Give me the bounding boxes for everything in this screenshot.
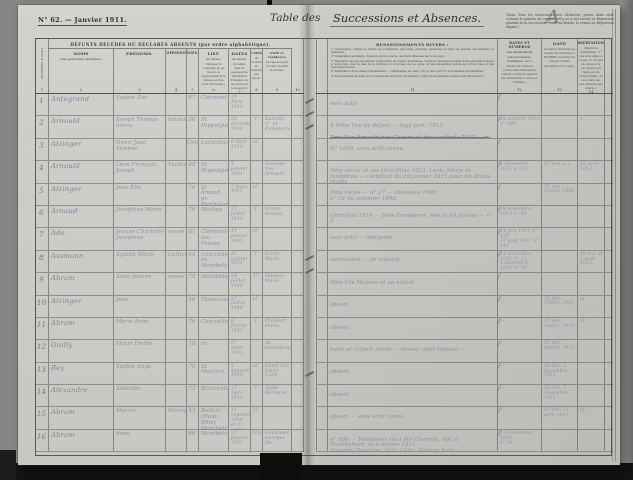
table-row: Dme veuve et ses trois filles 1913, Léon… xyxy=(316,161,613,183)
cell-renvoi: 31 déc. répert. 1912 xyxy=(542,318,578,339)
cell-renseignements: Dme veuve — n° 17 — obsèques 1908 n° 18 … xyxy=(328,184,498,205)
cell-age: 56 xyxy=(187,296,199,317)
renseignements-text: absent xyxy=(330,326,496,332)
header-group: DÉFUNTS DÉCÉDÉS OU DÉCLARÉS ABSENTS (par… xyxy=(49,39,292,93)
cell-prenoms: Joseph Thomas Alexis xyxy=(114,116,166,137)
cell-profession xyxy=(166,94,187,115)
cell-row-number: 3 xyxy=(36,139,49,160)
cell-margin xyxy=(605,94,613,115)
cell-declaration: 24 juin 1911 n° 126 27 août 1911 n° 141 xyxy=(498,228,542,249)
cell-date-deces: 6 8bre 1910 xyxy=(229,139,251,160)
column-header-ages: ÂGES. 5 xyxy=(187,49,199,93)
cell-lieu-deces: Lutterbach xyxy=(199,139,229,160)
cell-date-deces: 7 mars 1911 xyxy=(229,184,251,205)
cell-nom: Abram xyxy=(49,430,114,451)
cell-declaration: — xyxy=(498,340,542,361)
cell-age: 73 xyxy=(187,385,199,406)
cell-row-number: 2 xyxy=(36,116,49,137)
cell-profession xyxy=(166,340,187,361)
cell-declaration: 11 novembre 1911 n° 13 5 décembre 1913 n… xyxy=(498,251,542,272)
table-row: absent — 31 déc. répert. 1912 id. xyxy=(316,318,613,340)
cell-fold-spacer xyxy=(316,363,328,384)
table-body-right: sans actif À Mme Vve du défunt — legs pa… xyxy=(316,94,613,452)
cell-age: 56 xyxy=(187,116,199,137)
cell-row-number: 7 xyxy=(36,228,49,249)
cell-nom: Abram xyxy=(49,273,114,294)
cell-repertoire xyxy=(292,94,304,115)
cell-agent xyxy=(263,94,292,115)
renseignements-text: absent xyxy=(330,370,496,376)
cell-age: 81 xyxy=(187,228,199,249)
column-header-lieu: LIEU du décès. (Indiquer la commune et, … xyxy=(199,49,229,93)
cell-date-deces: 27 janvier 1911 xyxy=(229,430,251,451)
cell-renseignements: succession — ab intestat xyxy=(328,251,498,272)
table-row: 8 Assmann Agathe Marie Cultivatrice 64 C… xyxy=(36,251,304,273)
cell-observations xyxy=(578,94,605,115)
cell-lieu-deces: Montbéliard xyxy=(199,273,229,294)
cell-lieu-deces: Mathay xyxy=(199,206,229,227)
cell-declaration: — xyxy=(498,318,542,339)
cell-observations xyxy=(578,184,605,205)
table-row: 9 Abram Anna Jeanne veuve 79 Montbéliard… xyxy=(36,273,304,295)
cell-repertoire xyxy=(292,385,304,406)
table-row: 5 Alzinger Jean Élie 70 St Amand pr. Ber… xyxy=(36,184,304,206)
cell-nom: Assmann xyxy=(49,251,114,272)
cell-row-number: 15 xyxy=(36,407,49,428)
cell-lieu-deces: St Maurice xyxy=(199,363,229,384)
renseignements-text: Certificat 1910 — Dme Dompierre, née le … xyxy=(330,214,496,225)
cell-numero-extrait: id. xyxy=(251,139,263,160)
cell-lieu-deces: St Amand pr. Berthelange xyxy=(199,184,229,205)
cell-lieu-deces: Clermont xyxy=(199,94,229,115)
table-row: 6 Arnaud Joséphine Marie 70 Mathay 27 ju… xyxy=(36,206,304,228)
cell-repertoire xyxy=(292,161,304,182)
cell-profession xyxy=(166,139,187,160)
cell-profession: boulanger xyxy=(166,116,187,137)
column-header-repertoire: 10 xyxy=(292,39,304,93)
cell-date-deces: 27 juillet 1910 xyxy=(229,296,251,317)
cell-margin xyxy=(605,206,613,227)
cell-fold-spacer xyxy=(316,139,328,160)
cell-lieu-deces: Blanchefontaine xyxy=(199,385,229,406)
cell-lieu-deces: Courcelles xyxy=(199,318,229,339)
renseignements-text: Dme veuve et ses trois filles 1913, Léon… xyxy=(330,169,496,183)
cell-renvoi: 31 mai répert. 1908 xyxy=(542,184,578,205)
cell-row-number: 5 xyxy=(36,184,49,205)
cell-declaration xyxy=(498,94,542,115)
cell-fold-spacer xyxy=(316,116,328,137)
cell-nom: Alexandre xyxy=(49,385,114,406)
cell-nom: Arnaud xyxy=(49,206,114,227)
cell-numero-extrait: 17 xyxy=(251,273,263,294)
cell-age: 87 xyxy=(187,94,199,115)
cell-prenoms: Marie Émilie xyxy=(114,340,166,361)
cell-lieu-deces: Clermont-les-Fosses xyxy=(199,228,229,249)
cell-renseignements: N° 1850, sans actif connu xyxy=(328,139,498,160)
table-row: sans actif — indigente 24 juin 1911 n° 1… xyxy=(316,228,613,250)
cell-numero-extrait: V. xyxy=(251,251,263,272)
cell-renvoi: 31 déc. répert. 1911 xyxy=(542,296,578,317)
cell-renvoi: 31 déc. 1 décembre 1911 xyxy=(542,363,578,384)
cell-observations: id. xyxy=(578,296,605,317)
cell-row-number: 16 xyxy=(36,430,49,451)
table-row: hoirs et Gilbert Allain — mineur Abel Ma… xyxy=(316,340,613,362)
cell-age: 70 xyxy=(187,363,199,384)
table-row: 7 Ade Jeanne Charlotte Joséphine veuve 8… xyxy=(36,228,304,250)
cell-observations xyxy=(578,273,605,294)
cell-prenoms: Jean xyxy=(114,296,166,317)
cell-agent: Dame Vve Émile Colin xyxy=(263,363,292,384)
table-body-left: 1 Antegrand Sophie Zoé 87 Clermont 29 Xb… xyxy=(36,94,304,452)
cell-observations xyxy=(578,228,605,249)
cell-observations xyxy=(578,385,605,406)
table-row: 1 Antegrand Sophie Zoé 87 Clermont 29 Xb… xyxy=(36,94,304,116)
table-row: 15 Abram Marcel Horloger 43 Belfort (Hau… xyxy=(36,407,304,429)
cell-margin xyxy=(605,318,613,339)
cell-lieu-deces: id. xyxy=(199,340,229,361)
cell-nom: Bey xyxy=(49,363,114,384)
cell-agent xyxy=(263,296,292,317)
table-row: 14 Alexandre Adélaïde 73 Blanchefontaine… xyxy=(36,385,304,407)
column-header-renseignements: RENSEIGNEMENTS DIVERS : 1° Désignation, … xyxy=(328,39,498,93)
column-header-margin xyxy=(605,39,613,93)
cell-margin xyxy=(605,161,613,182)
cell-renseignements: Dme veuve et ses trois filles 1913, Léon… xyxy=(328,161,498,182)
cell-prenoms: Anna Jeanne xyxy=(114,273,166,294)
cell-renvoi xyxy=(542,273,578,294)
renseignements-text: succession — ab intestat xyxy=(330,258,496,264)
cell-observations xyxy=(578,340,605,361)
cell-renvoi xyxy=(542,116,578,137)
cell-profession: Horloger xyxy=(166,407,187,428)
cell-declaration: — xyxy=(498,363,542,384)
cell-nom: Ouilly xyxy=(49,340,114,361)
cell-renseignements: sans actif xyxy=(328,94,498,115)
scanned-register-photo: N° 62. — Janvier 1911. Table des Success… xyxy=(0,0,633,480)
cell-margin xyxy=(605,251,613,272)
renseignements-text: absent xyxy=(330,393,496,399)
cell-numero-extrait xyxy=(251,94,263,115)
renseignements-text: sans actif xyxy=(330,102,496,108)
cell-age: 88 xyxy=(187,430,199,451)
renseignements-text: Dme veuve — n° 17 — obsèques 1908 n° 18 … xyxy=(330,191,496,202)
cell-profession: Vannier xyxy=(166,161,187,182)
cell-renseignements: absent xyxy=(328,296,498,317)
cell-prenoms: Jeanne Charlotte Joséphine xyxy=(114,228,166,249)
table-row: 2 Arnould Joseph Thomas Alexis boulanger… xyxy=(36,116,304,138)
renseignements-struck-text: Dme Vve Arnould née Goguey et deux enfan… xyxy=(330,136,496,138)
cell-agent: Aglaé Bertrand xyxy=(263,385,292,406)
cell-prenoms: Jean Élie xyxy=(114,184,166,205)
cell-lieu-deces: Belfort (Haut-Rhin) Montbéliard (Doubs) xyxy=(199,407,229,428)
cell-lieu-deces: Courcelles pr. Montbéliard xyxy=(199,251,229,272)
cell-observations xyxy=(578,430,605,451)
cell-nom: Ade xyxy=(49,228,114,249)
cell-lieu-deces: St Hippolyte xyxy=(199,161,229,182)
cell-numero-extrait: V. xyxy=(251,206,263,227)
cell-nom: Abram xyxy=(49,407,114,428)
cell-profession: veuve xyxy=(166,228,187,249)
cell-repertoire xyxy=(292,184,304,205)
cell-margin xyxy=(605,228,613,249)
cell-agent: Masson Marie xyxy=(263,273,292,294)
cell-agent xyxy=(263,228,292,249)
cell-date-deces: 27 mars 1911 xyxy=(229,340,251,361)
cell-renseignements: n° 508 — Testament reçu Me Charpiot, not… xyxy=(328,430,498,451)
column-header-observations: OBSERVATIONS. (Mentions éventuelles : 1°… xyxy=(578,39,605,93)
cell-lieu-deces: Thiancourt xyxy=(199,296,229,317)
table-row: 4 Arnould Léon François Joseph Vannier 6… xyxy=(36,161,304,183)
cell-agent: Philibert Marin xyxy=(263,318,292,339)
column-header-declarations: DATES ET NUMÉROS des déclarations (de su… xyxy=(498,39,542,93)
cell-date-deces: 29 Xbre 1910 xyxy=(229,94,251,115)
table-row: absent — 31 déc. répert. 1911 id. xyxy=(316,296,613,318)
printed-corner-note: (Nota. Pour les successions non déclarée… xyxy=(506,13,614,30)
column-label: NUMÉRO xyxy=(40,62,44,79)
cell-renvoi xyxy=(542,251,578,272)
cell-margin xyxy=(605,273,613,294)
cell-agent: Madame Vve Arnould xyxy=(263,161,292,182)
column-header-numero-extrait: NUMÉRO de l'extrait au sommier des décès… xyxy=(251,49,263,93)
cell-profession xyxy=(166,363,187,384)
cell-declaration: — xyxy=(498,407,542,428)
cell-observations xyxy=(578,206,605,227)
cell-margin xyxy=(605,139,613,160)
cell-lieu-deces: St Hippolyte xyxy=(199,116,229,137)
cell-repertoire xyxy=(292,340,304,361)
cell-prenoms: Joséphine Marie xyxy=(114,206,166,227)
cell-age: Célib. xyxy=(187,139,199,160)
cell-prenoms: Anna xyxy=(114,430,166,451)
cell-repertoire xyxy=(292,251,304,272)
photo-background-bottom-left xyxy=(0,450,16,480)
cell-nom: Arnould xyxy=(49,116,114,137)
cell-row-number: 11 xyxy=(36,318,49,339)
cell-fold-spacer xyxy=(316,228,328,249)
cell-nom: Alzinger xyxy=(49,184,114,205)
cell-row-number: 8 xyxy=(36,251,49,272)
renseignements-text: hoirs et Gilbert Allain — mineur Abel Ma… xyxy=(330,348,496,354)
cell-profession xyxy=(166,385,187,406)
cell-prenoms: Adélaïde xyxy=(114,385,166,406)
cell-numero-extrait: id. xyxy=(251,363,263,384)
table-row: n° 508 — Testament reçu Me Charpiot, not… xyxy=(316,430,613,452)
cell-fold-spacer xyxy=(316,385,328,406)
photo-background-center-notch xyxy=(260,453,302,480)
cell-prenoms: Agathe Marie xyxy=(114,251,166,272)
column-number: 1 xyxy=(41,88,43,93)
cell-renvoi xyxy=(542,139,578,160)
cell-age: 79 xyxy=(187,273,199,294)
cell-date-deces: 8 février 1911 xyxy=(229,318,251,339)
cell-date-deces: 24 juillet 1910 xyxy=(229,273,251,294)
page-title-part2: Successions et Absences. xyxy=(330,11,484,27)
cell-fold-spacer xyxy=(316,318,328,339)
cell-observations xyxy=(578,363,605,384)
cell-row-number: 9 xyxy=(36,273,49,294)
column-sublabel: d'ordre. xyxy=(40,46,44,60)
cell-agent: Pierre Marie xyxy=(263,251,292,272)
cell-agent: Ernest Boudot xyxy=(263,206,292,227)
cell-renseignements: absent xyxy=(328,363,498,384)
column-header-fold-spacer xyxy=(316,39,328,93)
cell-repertoire xyxy=(292,430,304,451)
cell-observations xyxy=(578,139,605,160)
cell-observations: id. xyxy=(578,318,605,339)
cell-row-number: 4 xyxy=(36,161,49,182)
table-row: 11 Abram Marie Anne 76 Courcelles 8 févr… xyxy=(36,318,304,340)
cell-declaration xyxy=(498,184,542,205)
cell-age: 18 xyxy=(187,340,199,361)
cell-row-number: 1 xyxy=(36,94,49,115)
cell-fold-spacer xyxy=(316,296,328,317)
cell-profession xyxy=(166,206,187,227)
cell-row-number: 14 xyxy=(36,385,49,406)
table-row: 3 Alzinger Henri Jean Étienne Célib. Lut… xyxy=(36,139,304,161)
table-row: 10 Alzinger Jean 56 Thiancourt 27 juille… xyxy=(36,296,304,318)
cell-renvoi: 31 déc. 7 novembre 1911 xyxy=(542,385,578,406)
table-row: 13 Bey Sophie Ange 70 St Maurice 1 décem… xyxy=(36,363,304,385)
cell-numero-extrait: id. xyxy=(251,407,263,428)
cell-nom: Alzinger xyxy=(49,139,114,160)
cell-numero-extrait: V. xyxy=(251,116,263,137)
cell-margin xyxy=(605,340,613,361)
cell-numero-extrait: V. xyxy=(251,318,263,339)
table-row: absent — sans actif connu — 31 déc. 11 a… xyxy=(316,407,613,429)
renseignements-text: Dme Vve Masson et un enfant xyxy=(330,281,496,287)
cell-margin xyxy=(605,363,613,384)
cell-declaration: — xyxy=(498,296,542,317)
cell-renvoi xyxy=(542,430,578,451)
table-row: À Mme Vve du défunt — legs part. 1913 Dm… xyxy=(316,116,613,138)
cell-agent: de Grandfontaine xyxy=(263,340,292,361)
cell-fold-spacer xyxy=(316,340,328,361)
cell-prenoms: Marcel xyxy=(114,407,166,428)
cell-margin xyxy=(605,385,613,406)
cell-agent xyxy=(263,139,292,160)
cell-age: 69 xyxy=(187,161,199,182)
cell-agent xyxy=(263,407,292,428)
cell-fold-spacer xyxy=(316,407,328,428)
cell-declaration: 28 novembre 1913 n° 41 xyxy=(498,206,542,227)
cell-repertoire xyxy=(292,363,304,384)
cell-margin xyxy=(605,430,613,451)
issue-number: N° 62. — Janvier 1911. xyxy=(38,16,127,26)
cell-date-deces: 1 décembre 1910 xyxy=(229,363,251,384)
cell-fold-spacer xyxy=(316,161,328,182)
cell-declaration: 13 décembre 1910 n° 16 xyxy=(498,430,542,451)
column-header-prenoms: PRÉNOMS. 3 xyxy=(114,49,166,93)
cell-profession: Cultivatrice xyxy=(166,251,187,272)
cell-observations: 15 avril 1912 xyxy=(578,161,605,182)
table-row: 12 Ouilly Marie Émilie 18 id. 27 mars 19… xyxy=(36,340,304,362)
cell-prenoms: Léon François Joseph xyxy=(114,161,166,182)
cell-nom: Antegrand xyxy=(49,94,114,115)
cell-observations: 19 mai et 2 août 1913 xyxy=(578,251,605,272)
cell-row-number: 10 xyxy=(36,296,49,317)
renseignements-text: À Mme Vve du défunt — legs part. 1913 xyxy=(330,124,496,130)
cell-numero-extrait xyxy=(251,161,263,182)
table-row: N° 1850, sans actif connu xyxy=(316,139,613,161)
cell-repertoire xyxy=(292,273,304,294)
cell-age: 76 xyxy=(187,318,199,339)
cell-agent xyxy=(263,184,292,205)
cell-renvoi xyxy=(542,94,578,115)
cell-fold-spacer xyxy=(316,94,328,115)
cell-date-deces: 19 janvier 1911 xyxy=(229,228,251,249)
cell-row-number: 13 xyxy=(36,363,49,384)
table-row: absent — 31 déc. 1 décembre 1911 xyxy=(316,363,613,385)
cell-prenoms: Sophie Zoé xyxy=(114,94,166,115)
renseignements-text: absent — sans actif connu xyxy=(330,415,496,421)
cell-fold-spacer xyxy=(316,430,328,451)
cell-repertoire xyxy=(292,116,304,137)
register-page: N° 62. — Janvier 1911. Table des Success… xyxy=(18,5,620,465)
table-row: Dme Vve Masson et un enfant xyxy=(316,273,613,295)
cell-repertoire xyxy=(292,318,304,339)
renseignements-text: N° 1850, sans actif connu xyxy=(330,147,496,153)
cell-numero-extrait: id. xyxy=(251,184,263,205)
cell-age: 64 xyxy=(187,251,199,272)
cell-repertoire xyxy=(292,139,304,160)
cell-renseignements: hoirs et Gilbert Allain — mineur Abel Ma… xyxy=(328,340,498,361)
renseignements-text: sans actif — indigente xyxy=(330,236,496,242)
cell-fold-spacer xyxy=(316,273,328,294)
cell-numero-extrait: id. xyxy=(251,296,263,317)
cell-declaration xyxy=(498,139,542,160)
table-row: Dme veuve — n° 17 — obsèques 1908 n° 18 … xyxy=(316,184,613,206)
cell-nom: Arnould xyxy=(49,161,114,182)
cell-row-number: 12 xyxy=(36,340,49,361)
cell-profession xyxy=(166,184,187,205)
table-row: 16 Abram Anna 88 Montbéliard 27 janvier … xyxy=(36,430,304,452)
cell-renvoi xyxy=(542,206,578,227)
cell-date-deces: 31 janvier 1911 xyxy=(229,251,251,272)
cell-declaration: 4 décembre 1913 n° 151 xyxy=(498,161,542,182)
cell-fold-spacer xyxy=(316,206,328,227)
cell-renseignements: Certificat 1910 — Dme Dompierre, née le … xyxy=(328,206,498,227)
table-row: absent — 31 déc. 7 novembre 1911 xyxy=(316,385,613,407)
cell-numero-extrait: V. xyxy=(251,385,263,406)
cell-age: 43 xyxy=(187,407,199,428)
cell-numero-extrait xyxy=(251,340,263,361)
cell-date-deces: 27 juillet 1910 xyxy=(229,206,251,227)
cell-repertoire xyxy=(292,296,304,317)
cell-nom: Abram xyxy=(49,318,114,339)
cell-declaration: 28 octobre 1913 n° 288 xyxy=(498,116,542,137)
cell-fold-spacer xyxy=(316,184,328,205)
cell-row-number: 6 xyxy=(36,206,49,227)
cell-margin xyxy=(605,407,613,428)
cell-age: 70 xyxy=(187,184,199,205)
cell-date-deces: 5 janvier 1911 xyxy=(229,161,251,182)
cell-repertoire xyxy=(292,407,304,428)
cell-renvoi: 27 mai p. j. xyxy=(542,161,578,182)
cell-declaration xyxy=(498,273,542,294)
table-header-left: NUMÉRO d'ordre. 1 DÉFUNTS DÉCÉDÉS OU DÉC… xyxy=(36,39,304,94)
cell-age: 70 xyxy=(187,206,199,227)
cell-observations: + xyxy=(578,116,605,137)
cell-repertoire xyxy=(292,206,304,227)
column-header-dates: DATES du décès. (À défaut, date du jugem… xyxy=(229,49,251,93)
cell-renseignements: sans actif — indigente xyxy=(328,228,498,249)
renseignements-text: absent xyxy=(330,303,496,309)
table-header-right: RENSEIGNEMENTS DIVERS : 1° Désignation, … xyxy=(316,39,613,94)
cell-margin xyxy=(605,184,613,205)
page-title-part1: Table des xyxy=(270,12,320,24)
cell-profession xyxy=(166,430,187,451)
page-edge-line xyxy=(615,9,616,461)
